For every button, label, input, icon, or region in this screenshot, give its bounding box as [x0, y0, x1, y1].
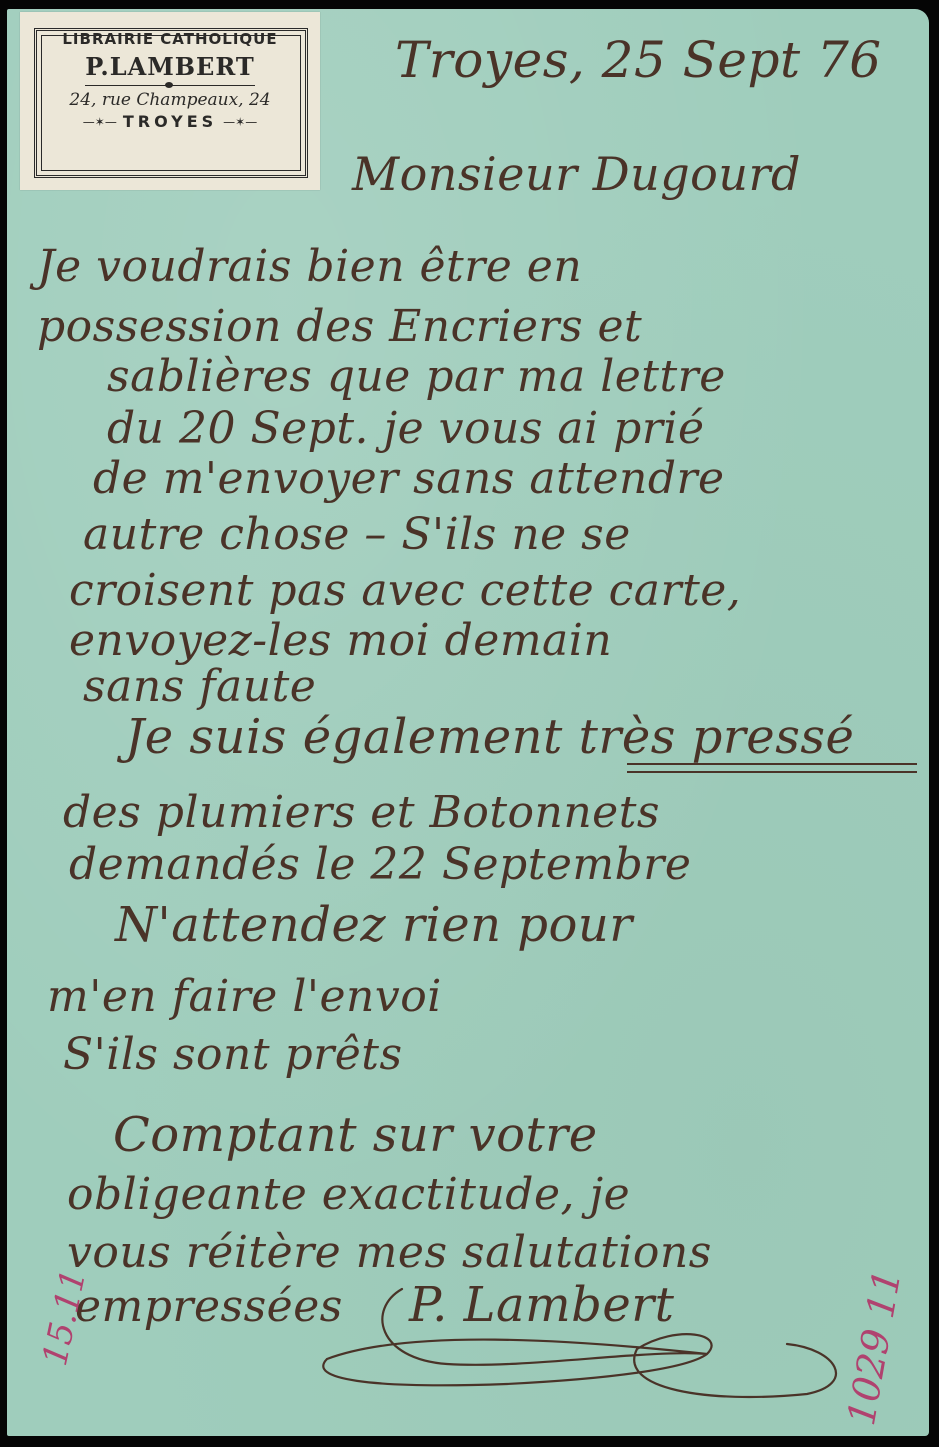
postcard: LIBRAIRIE CATHOLIQUE P.LAMBERT 24, rue C… — [7, 9, 929, 1436]
letter-line: N'attendez rien pour — [115, 897, 633, 953]
label-heading: LIBRAIRIE CATHOLIQUE — [20, 30, 320, 48]
label-city-text: TROYES — [123, 112, 217, 131]
letter-line: empressées — [75, 1281, 343, 1332]
letter-line: de m'envoyer sans attendre — [93, 453, 725, 504]
letter-line: sans faute — [83, 661, 316, 712]
letter-line: autre chose – S'ils ne se — [83, 509, 631, 560]
letter-line: sablières que par ma lettre — [107, 351, 726, 402]
letter-line: demandés le 22 Septembre — [69, 839, 691, 890]
letter-line: vous réitère mes salutations — [67, 1227, 712, 1278]
letter-line: du 20 Sept. je vous ai prié — [107, 403, 705, 454]
letter-line: envoyez-les moi demain — [69, 615, 612, 666]
letter-line: Je voudrais bien être en — [37, 241, 582, 292]
letter-salutation: Monsieur Dugourd — [352, 147, 801, 201]
letter-line: des plumiers et Botonnets — [63, 787, 660, 838]
ornament-right-icon: —✶— — [223, 115, 257, 129]
label-address: 24, rue Champeaux, 24 — [20, 90, 320, 110]
letter-line: obligeante exactitude, je — [67, 1169, 630, 1220]
letter-line: Je suis également très pressé — [125, 709, 854, 765]
ornament-left-icon: —✶— — [83, 115, 117, 129]
label-city: —✶— TROYES —✶— — [20, 112, 320, 131]
emphasis-double-underline — [627, 763, 917, 773]
printed-bookshop-label: LIBRAIRIE CATHOLIQUE P.LAMBERT 24, rue C… — [20, 12, 320, 190]
letter-line: Comptant sur votre — [113, 1107, 598, 1163]
label-divider — [85, 85, 255, 86]
pencil-annotation-right: 1029 11 — [839, 1266, 910, 1428]
letter-line: m'en faire l'envoi — [47, 971, 442, 1022]
letter-dateline: Troyes, 25 Sept 76 — [395, 31, 882, 89]
label-name: P.LAMBERT — [20, 52, 320, 81]
letter-line: possession des Encriers et — [37, 301, 642, 352]
letter-line: S'ils sont prêts — [63, 1029, 403, 1080]
letter-line: croisent pas avec cette carte, — [69, 565, 741, 616]
signature: P. Lambert — [409, 1277, 674, 1333]
